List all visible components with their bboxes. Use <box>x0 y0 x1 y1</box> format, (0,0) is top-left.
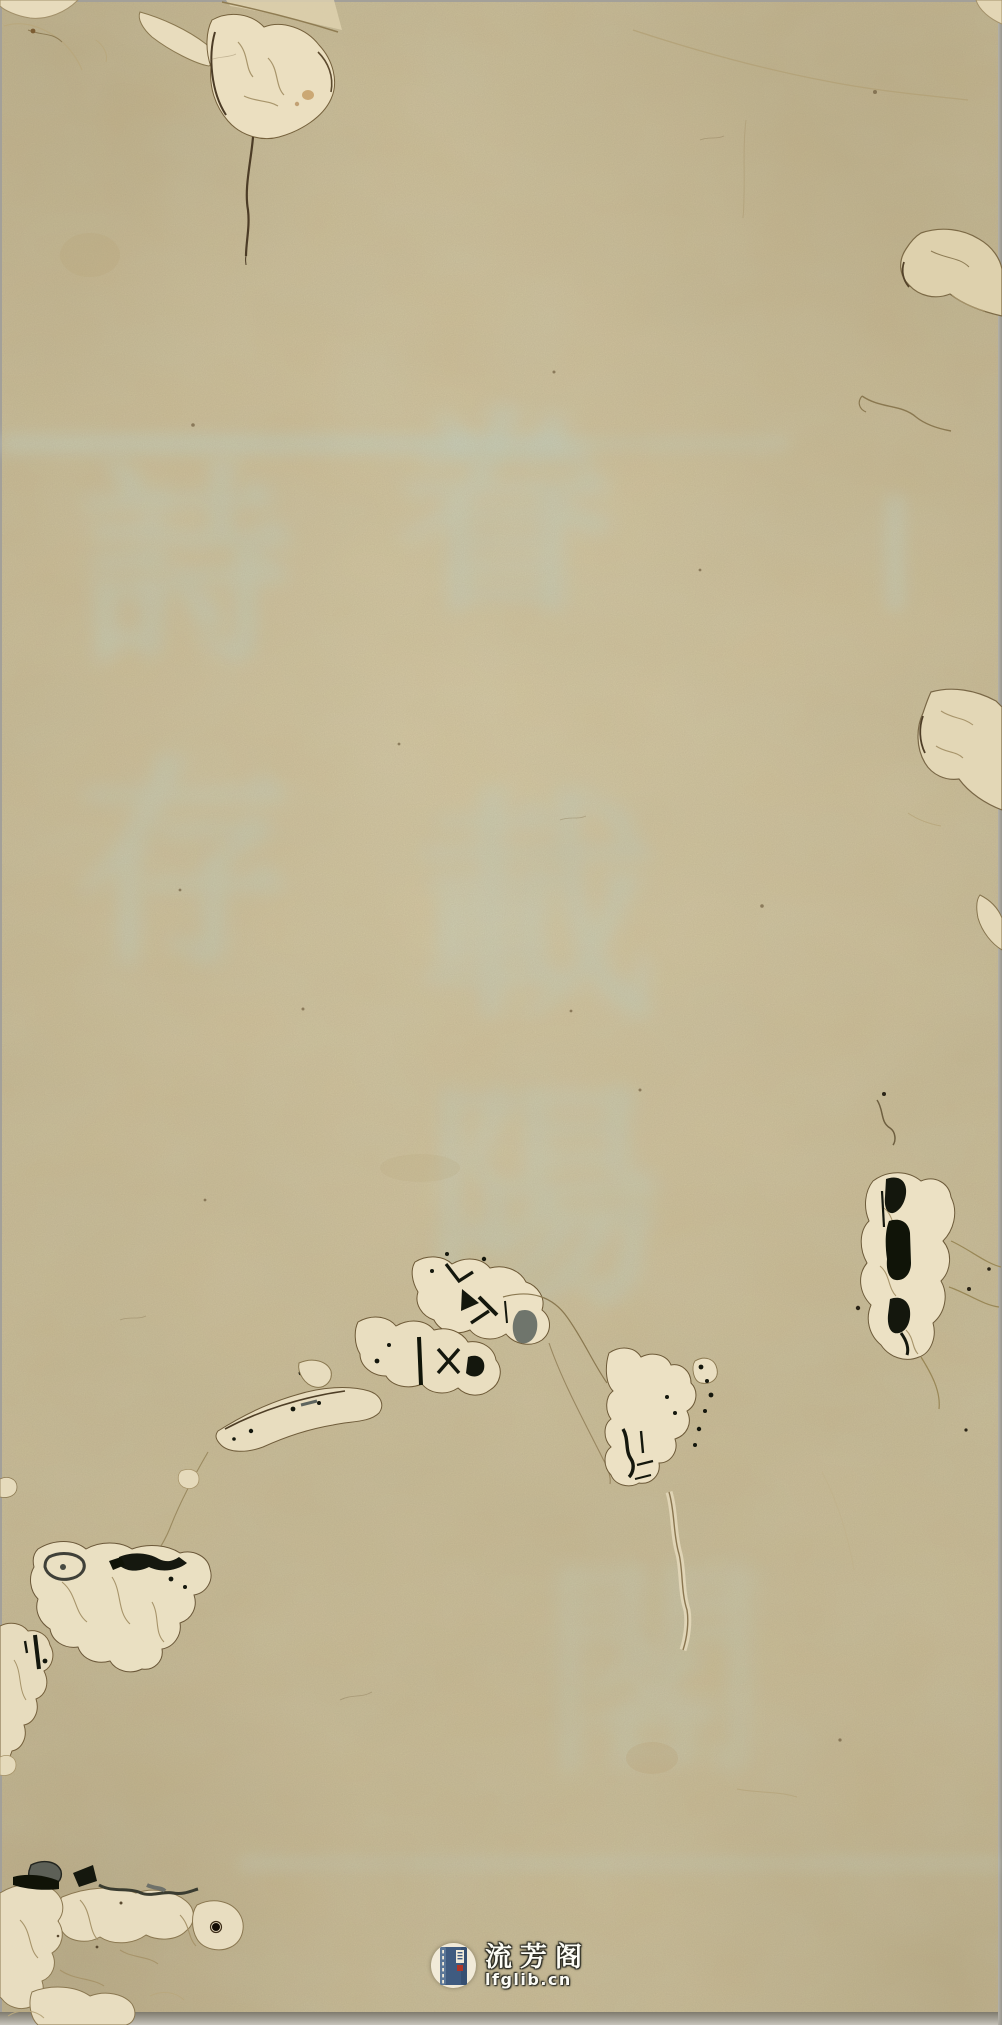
watermark: 流芳阁 lfglib.cn <box>431 1943 590 1989</box>
paper-texture-overlay <box>2 2 998 2012</box>
watermark-site-name: 流芳阁 <box>485 1943 590 1971</box>
stitched-book-icon <box>440 1947 467 1985</box>
damage-overlay <box>0 0 1002 2025</box>
book-logo-icon <box>431 1943 476 1988</box>
scanned-page: 詩存眷載陽閣 <box>0 0 1002 2025</box>
watermark-site-url: lfglib.cn <box>485 1971 590 1989</box>
